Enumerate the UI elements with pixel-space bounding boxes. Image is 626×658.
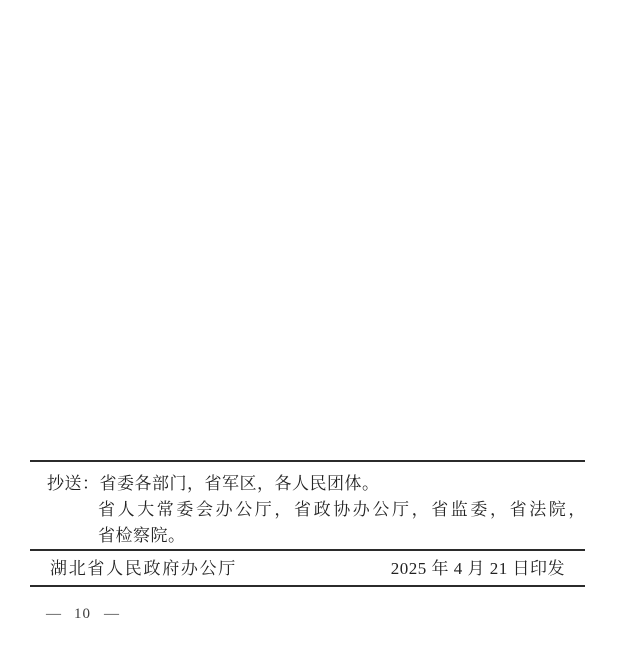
cc-line-2: 省人大常委会办公厅，省政协办公厅，省监委，省法院， (30, 497, 585, 523)
cc-block: 抄送：省委各部门，省军区，各人民团体。 省人大常委会办公厅，省政协办公厅，省监委… (30, 462, 585, 549)
issuer-row: 湖北省人民政府办公厅 2025 年 4 月 21 日印发 (30, 551, 585, 585)
issuing-office: 湖北省人民政府办公厅 (50, 558, 237, 579)
cc-line-1: 抄送：省委各部门，省军区，各人民团体。 (30, 471, 585, 497)
page-number-dash-right: — (104, 606, 119, 622)
document-colophon: 抄送：省委各部门，省军区，各人民团体。 省人大常委会办公厅，省政协办公厅，省监委… (30, 460, 585, 587)
page-number: —10— (46, 606, 119, 623)
divider-bottom (30, 585, 585, 587)
print-date: 2025 年 4 月 21 日印发 (391, 558, 565, 579)
page-number-value: 10 (74, 606, 91, 622)
page-number-dash-left: — (46, 606, 61, 622)
cc-line-3: 省检察院。 (30, 523, 585, 549)
document-page: 抄送：省委各部门，省军区，各人民团体。 省人大常委会办公厅，省政协办公厅，省监委… (0, 0, 626, 658)
